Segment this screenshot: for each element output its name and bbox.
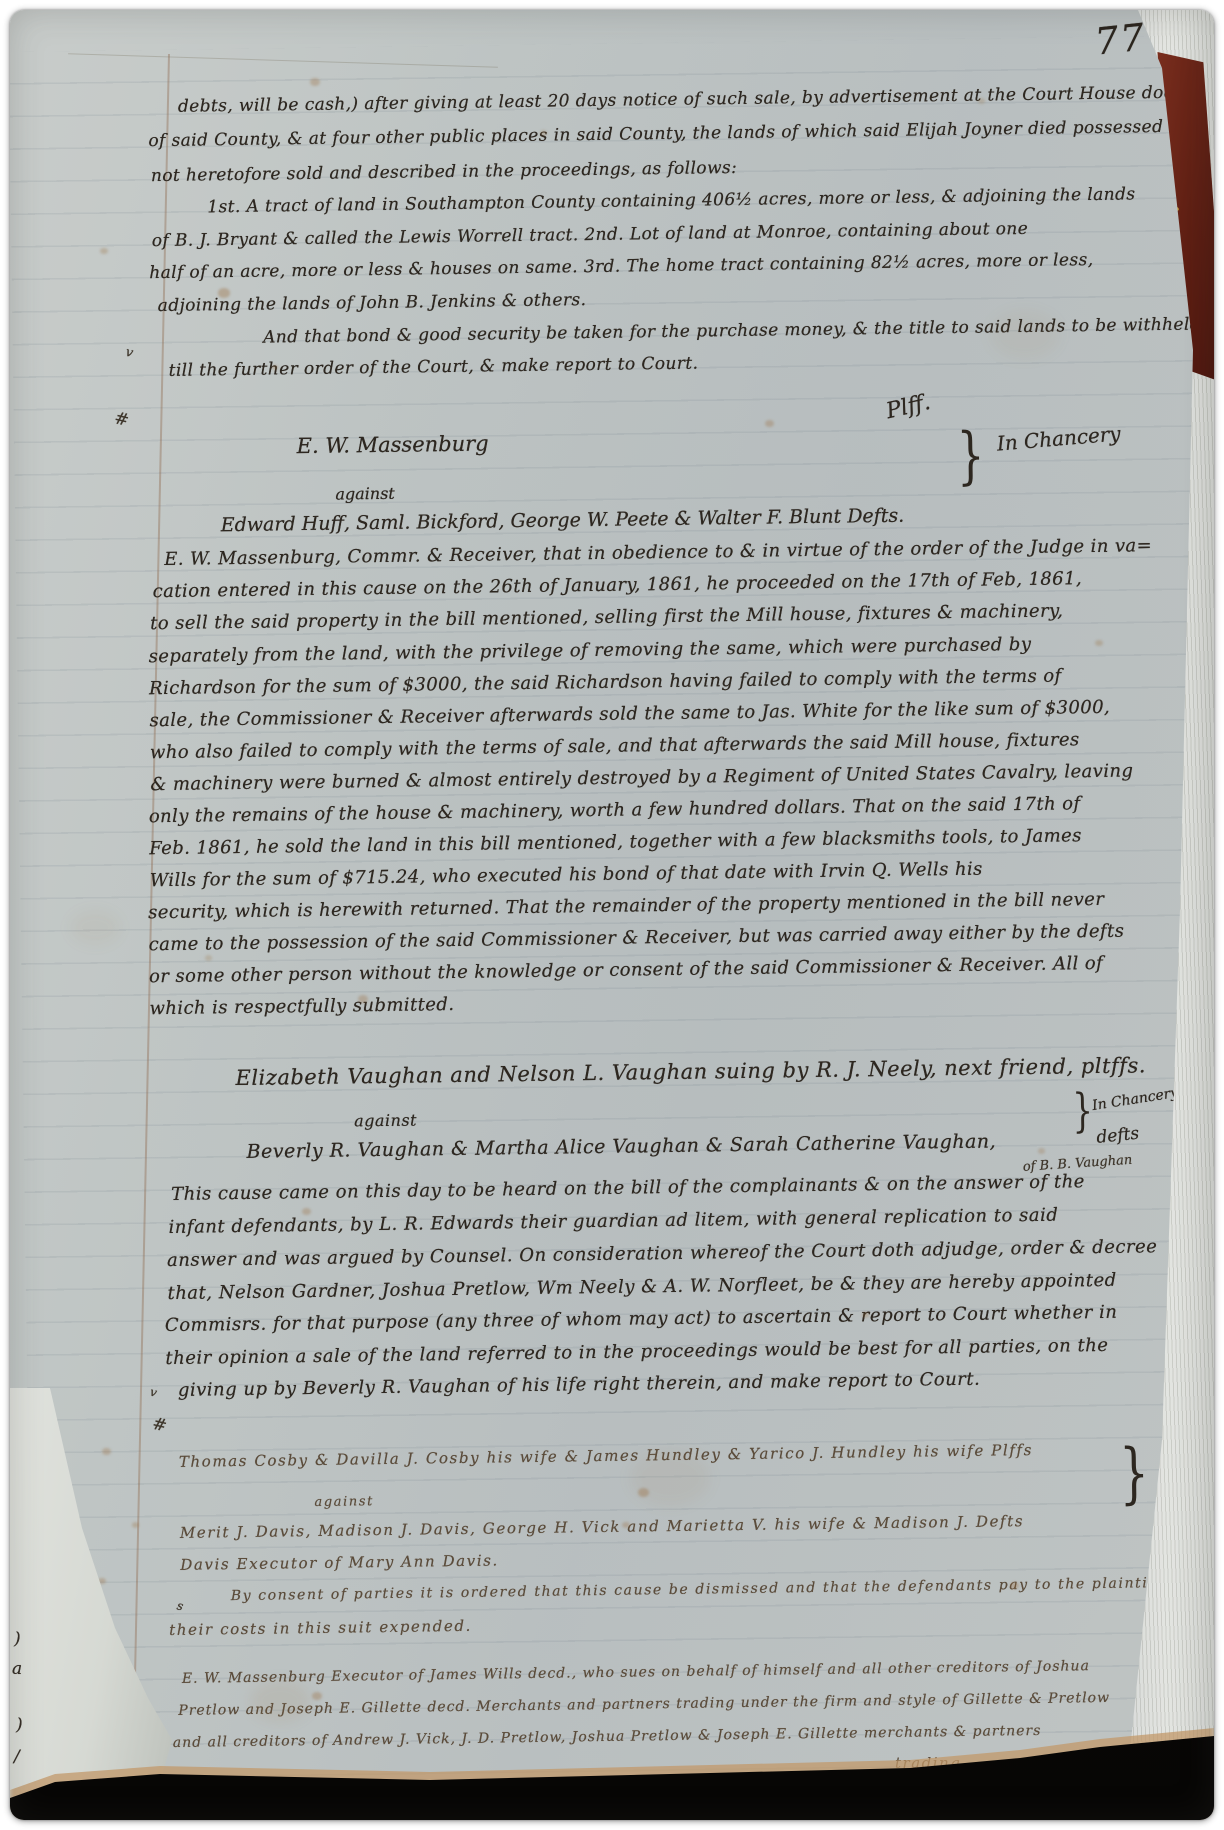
chancery-brace: }	[1072, 1083, 1093, 1137]
handwritten-line: who also failed to comply with the terms…	[150, 730, 1080, 763]
handwritten-line: their costs in this suit expended.	[169, 1618, 472, 1639]
margin-mark: v	[124, 346, 134, 362]
handwritten-line: & machinery were burned & almost entirel…	[150, 761, 1133, 795]
margin-mark: #	[112, 409, 130, 430]
stray-ink-fragment: /	[14, 1748, 20, 1767]
handwritten-line: against	[354, 1112, 417, 1130]
paper-stain	[630, 1450, 710, 1506]
handwritten-line: Edward Huff, Saml. Bickford, George W. P…	[221, 506, 905, 536]
in-chancery-label-2: In Chancery	[1091, 1086, 1179, 1114]
handwritten-line: that, Nelson Gardner, Joshua Pretlow, Wm…	[167, 1271, 1116, 1304]
handwritten-line: Commisrs. for that purpose (any three of…	[165, 1303, 1118, 1336]
foxing-spot	[310, 78, 320, 86]
handwritten-line: Feb. 1861, he sold the land in this bill…	[149, 826, 1082, 859]
stray-ink-fragment: )	[16, 1716, 23, 1735]
handwritten-line: of said County, & at four other public p…	[148, 118, 1184, 151]
handwritten-line: and all creditors of Andrew J. Vick, J. …	[173, 1724, 1042, 1752]
foxing-spot	[978, 98, 985, 104]
handwritten-line: to sell the said property in the bill me…	[150, 601, 1063, 634]
margin-mark: #	[150, 1415, 168, 1436]
handwritten-line: answer and was argued by Counsel. On con…	[167, 1237, 1158, 1271]
paper-stain	[70, 910, 120, 945]
handwritten-line: E. W. Massenburg	[297, 432, 489, 458]
paper-stain	[250, 1680, 310, 1722]
handwritten-line: only the remains of the house & machiner…	[149, 794, 1081, 827]
handwritten-line: Richardson for the sum of $3000, the sai…	[149, 666, 1062, 699]
handwritten-line: By consent of parties it is ordered that…	[231, 1576, 1171, 1605]
handwritten-line: 1st. A tract of land in Southampton Coun…	[207, 185, 1135, 217]
handwritten-line: till the further order of the Court, & m…	[169, 355, 699, 381]
handwritten-line: against	[335, 485, 395, 503]
handwritten-line: not heretofore sold and described in the…	[151, 159, 738, 186]
handwritten-line: giving up by Beverly R. Vaughan of his l…	[178, 1370, 981, 1401]
handwritten-line: their opinion a sale of the land referre…	[165, 1336, 1108, 1369]
handwritten-line: Beverly R. Vaughan & Martha Alice Vaugha…	[246, 1131, 996, 1162]
handwritten-line: E. W. Massenburg, Commr. & Receiver, tha…	[164, 536, 1152, 570]
chancery-brace: }	[1119, 1434, 1149, 1511]
ledger-page: 77 debts, will be cash,) after giving at…	[10, 10, 1214, 1820]
handwritten-line: Thomas Cosby & Davilla J. Cosby his wife…	[179, 1442, 1033, 1470]
stray-ink-fragment: a	[12, 1660, 22, 1679]
handwritten-line: Elizabeth Vaughan and Nelson L. Vaughan …	[235, 1054, 1146, 1090]
foxing-spot	[218, 288, 230, 298]
defts-label: defts	[1096, 1125, 1140, 1148]
handwritten-line: half of an acre, more or less & houses o…	[149, 251, 1093, 283]
paper-stain	[990, 310, 1060, 359]
foxing-spot	[1038, 1148, 1045, 1154]
handwritten-line: Davis Executor of Mary Ann Davis.	[180, 1552, 499, 1573]
handwritten-line: of B. J. Bryant & called the Lewis Worre…	[152, 220, 1029, 251]
foxing-spot	[540, 130, 547, 136]
handwritten-line: This cause came on this day to be heard …	[171, 1172, 1085, 1205]
handwritten-line: cation entered in this cause on the 26th…	[153, 569, 1083, 602]
handwritten-line: against	[314, 1495, 374, 1510]
handwriting-layer: debts, will be cash,) after giving at le…	[10, 10, 1214, 1820]
handwritten-line: which is respectfully submitted.	[149, 995, 454, 1019]
handwritten-line: security, which is herewith returned. Th…	[148, 890, 1104, 923]
foxing-spot	[132, 1522, 139, 1528]
foxing-spot	[312, 1692, 322, 1700]
handwritten-line: Wills for the sum of $715.24, who execut…	[150, 860, 983, 891]
foxing-spot	[862, 1312, 869, 1318]
document-photo: 77 debts, will be cash,) after giving at…	[10, 10, 1214, 1820]
foxing-spot	[272, 365, 278, 370]
handwritten-line: E. W. Massenburg Executor of James Wills…	[182, 1659, 1090, 1687]
handwritten-line: debts, will be cash,) after giving at le…	[178, 84, 1187, 117]
in-chancery-label-1: In Chancery	[996, 422, 1121, 454]
foxing-spot	[205, 955, 212, 961]
plff-label: Plff.	[884, 391, 933, 424]
margin-mark: s	[175, 1599, 184, 1613]
handwritten-line: And that bond & good security be taken f…	[263, 315, 1201, 347]
handwritten-line: separately from the land, with the privi…	[148, 635, 1031, 667]
screenshot-root: { "photo": { "page_number": "77", "catch…	[0, 0, 1224, 1830]
handwritten-line: sale, the Commissioner & Receiver afterw…	[149, 698, 1110, 731]
chancery-brace: }	[956, 419, 985, 492]
stray-ink-fragment: )	[14, 1630, 21, 1649]
foxing-spot	[358, 995, 368, 1003]
margin-mark: v	[148, 1386, 158, 1400]
handwritten-line: Merit J. Davis, Madison J. Davis, George…	[180, 1513, 1024, 1541]
handwritten-line: came to the possession of the said Commi…	[149, 922, 1125, 955]
handwritten-line: or some other person without the knowled…	[149, 954, 1103, 987]
